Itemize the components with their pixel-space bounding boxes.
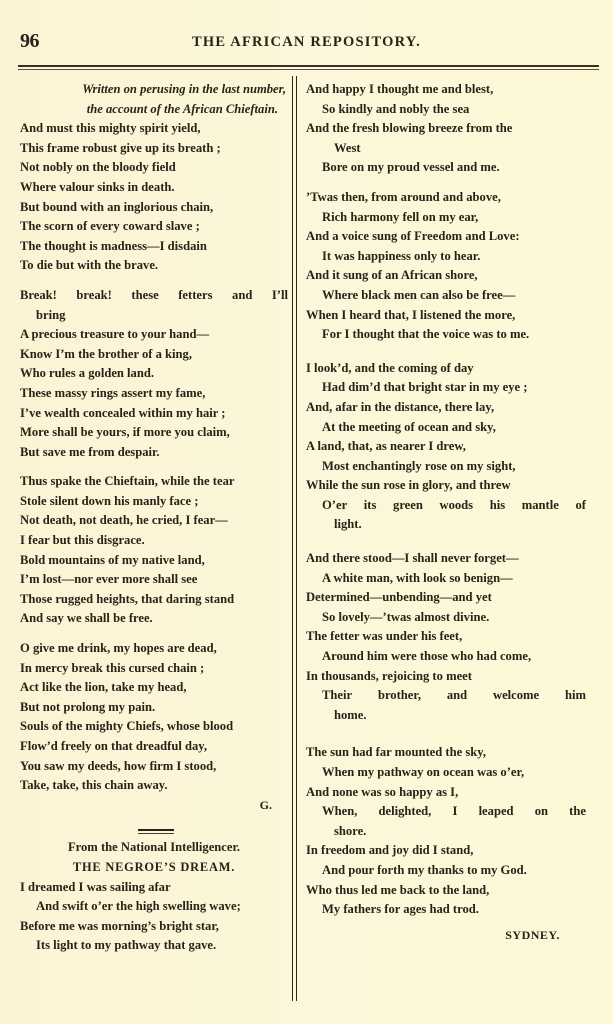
heading-line: Written on perusing in the last number,: [20, 80, 288, 100]
verse-line: Most enchantingly rose on my sight,: [306, 457, 586, 477]
verse-line: So lovely—’twas almost divine.: [306, 608, 586, 628]
verse-line: And the fresh blowing breeze from the: [306, 119, 586, 139]
header-rule: [18, 65, 599, 70]
verse-line: When my pathway on ocean was o’er,: [306, 763, 586, 783]
heading-line: the account of the African Chieftain.: [20, 100, 288, 120]
verse-line: Its light to my pathway that gave.: [20, 936, 288, 956]
verse-line: And must this mighty spirit yield,: [20, 119, 288, 139]
verse-line: In freedom and joy did I stand,: [306, 841, 586, 861]
verse-line: Not nobly on the bloody field: [20, 158, 288, 178]
verse-line: Bore on my proud vessel and me.: [306, 158, 586, 178]
verse-line: Before me was morning’s bright star,: [20, 917, 288, 937]
verse-line: A white man, with look so benign—: [306, 569, 586, 589]
verse-line: Bold mountains of my native land,: [20, 551, 288, 571]
verse-line: And, afar in the distance, there lay,: [306, 398, 586, 418]
column-divider: [292, 76, 297, 1001]
verse-line: ’Twas then, from around and above,: [306, 188, 586, 208]
verse-line: More shall be yours, if more you claim,: [20, 423, 288, 443]
verse-line: A precious treasure to your hand—: [20, 325, 288, 345]
verse-line: Act like the lion, take my head,: [20, 678, 288, 698]
verse-line: And happy I thought me and blest,: [306, 80, 586, 100]
verse-line: And none was so happy as I,: [306, 783, 586, 803]
book-page: 96 THE AFRICAN REPOSITORY. Written on pe…: [0, 0, 613, 1024]
verse-line: This frame robust give up its breath ;: [20, 139, 288, 159]
stanza: I dreamed I was sailing afar And swift o…: [20, 878, 288, 956]
verse-line: I’ve wealth concealed within my hair ;: [20, 404, 288, 424]
verse-line: bring: [20, 306, 288, 326]
verse-line: But save me from despair.: [20, 443, 288, 463]
right-column: And happy I thought me and blest, So kin…: [306, 80, 586, 945]
stanza: Thus spake the Chieftain, while the tear…: [20, 472, 288, 629]
poem-title: THE NEGROE’S DREAM.: [20, 858, 288, 878]
verse-line: I’m lost—nor ever more shall see: [20, 570, 288, 590]
verse-line: Around him were those who had come,: [306, 647, 586, 667]
verse-line: And say we shall be free.: [20, 609, 288, 629]
verse-line: So kindly and nobly the sea: [306, 100, 586, 120]
verse-line: While the sun rose in glory, and threw: [306, 476, 586, 496]
verse-line: Who thus led me back to the land,: [306, 881, 586, 901]
verse-line: O give me drink, my hopes are dead,: [20, 639, 288, 659]
verse-line: home.: [306, 706, 586, 726]
verse-line: Break! break! these fetters and I’ll: [20, 286, 288, 306]
verse-line: You saw my deeds, how firm I stood,: [20, 757, 288, 777]
verse-line: For I thought that the voice was to me.: [306, 325, 586, 345]
verse-line: And swift o’er the high swelling wave;: [20, 897, 288, 917]
poem-signature: G.: [20, 796, 288, 816]
verse-line: The thought is madness—I disdain: [20, 237, 288, 257]
verse-line: My fathers for ages had trod.: [306, 900, 586, 920]
verse-line: Thus spake the Chieftain, while the tear: [20, 472, 288, 492]
stanza: The sun had far mounted the sky, When my…: [306, 743, 586, 919]
verse-line: A land, that, as nearer I drew,: [306, 437, 586, 457]
verse-line: The fetter was under his feet,: [306, 627, 586, 647]
verse-line: Stole silent down his manly face ;: [20, 492, 288, 512]
verse-line: light.: [306, 515, 586, 535]
verse-line: I look’d, and the coming of day: [306, 359, 586, 379]
stanza: O give me drink, my hopes are dead, In m…: [20, 639, 288, 796]
stanza: And there stood—I shall never forget— A …: [306, 549, 586, 725]
verse-line: At the meeting of ocean and sky,: [306, 418, 586, 438]
verse-line: shore.: [306, 822, 586, 842]
verse-line: I fear but this disgrace.: [20, 531, 288, 551]
verse-line: When I heard that, I listened the more,: [306, 306, 586, 326]
stanza: Break! break! these fetters and I’ll bri…: [20, 286, 288, 462]
verse-line: These massy rings assert my fame,: [20, 384, 288, 404]
verse-line: But not prolong my pain.: [20, 698, 288, 718]
verse-line: It was happiness only to hear.: [306, 247, 586, 267]
verse-line: I dreamed I was sailing afar: [20, 878, 288, 898]
verse-line: Know I’m the brother of a king,: [20, 345, 288, 365]
verse-line: The sun had far mounted the sky,: [306, 743, 586, 763]
verse-line: But bound with an inglorious chain,: [20, 198, 288, 218]
stanza: And happy I thought me and blest, So kin…: [306, 80, 586, 178]
verse-line: Those rugged heights, that daring stand: [20, 590, 288, 610]
verse-line: Where valour sinks in death.: [20, 178, 288, 198]
stanza: ’Twas then, from around and above, Rich …: [306, 188, 586, 345]
section-ornament-rule: [138, 829, 174, 834]
verse-line: O’er its green woods his mantle of: [306, 496, 586, 516]
verse-line: Had dim’d that bright star in my eye ;: [306, 378, 586, 398]
verse-line: And pour forth my thanks to my God.: [306, 861, 586, 881]
verse-line: In thousands, rejoicing to meet: [306, 667, 586, 687]
verse-line: The scorn of every coward slave ;: [20, 217, 288, 237]
poem-signature: SYDNEY.: [306, 926, 586, 946]
verse-line: To die but with the brave.: [20, 256, 288, 276]
verse-line: Who rules a golden land.: [20, 364, 288, 384]
verse-line: Flow’d freely on that dreadful day,: [20, 737, 288, 757]
verse-line: Determined—unbending—and yet: [306, 588, 586, 608]
verse-line: Rich harmony fell on my ear,: [306, 208, 586, 228]
verse-line: Their brother, and welcome him: [306, 686, 586, 706]
source-attribution: From the National Intelligencer.: [20, 838, 288, 858]
verse-line: And there stood—I shall never forget—: [306, 549, 586, 569]
verse-line: And a voice sung of Freedom and Love:: [306, 227, 586, 247]
verse-line: Take, take, this chain away.: [20, 776, 288, 796]
verse-line: West: [306, 139, 586, 159]
stanza: And must this mighty spirit yield, This …: [20, 119, 288, 276]
verse-line: Not death, not death, he cried, I fear—: [20, 511, 288, 531]
poem-heading: Written on perusing in the last number, …: [20, 80, 288, 119]
page-header: 96 THE AFRICAN REPOSITORY.: [20, 30, 593, 54]
running-head: THE AFRICAN REPOSITORY.: [20, 34, 593, 51]
verse-line: In mercy break this cursed chain ;: [20, 659, 288, 679]
stanza: I look’d, and the coming of day Had dim’…: [306, 359, 586, 535]
left-column: Written on perusing in the last number, …: [20, 80, 288, 956]
verse-line: When, delighted, I leaped on the: [306, 802, 586, 822]
verse-line: And it sung of an African shore,: [306, 266, 586, 286]
verse-line: Where black men can also be free—: [306, 286, 586, 306]
verse-line: Souls of the mighty Chiefs, whose blood: [20, 717, 288, 737]
